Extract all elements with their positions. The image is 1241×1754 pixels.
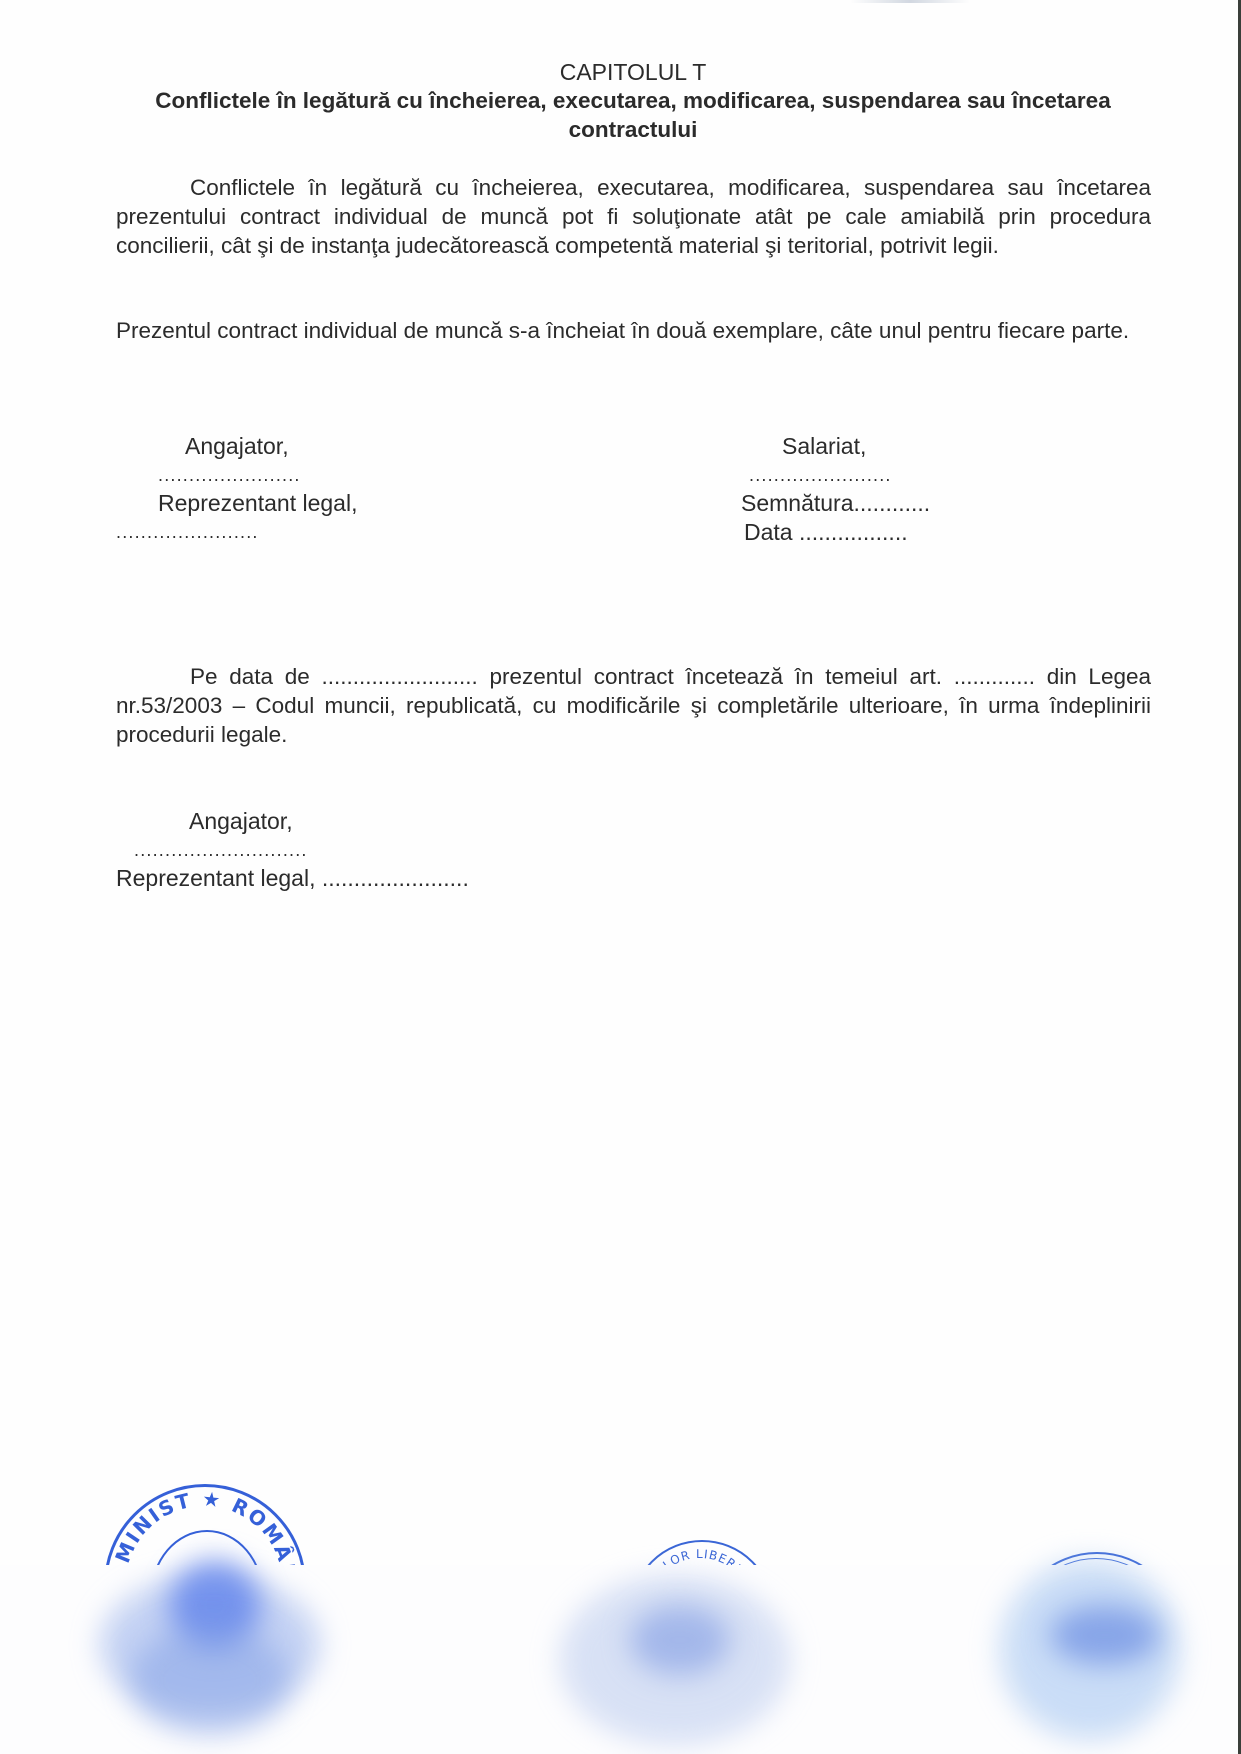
employee-date-label: Data ................. xyxy=(744,518,908,547)
employer-label: Angajator, xyxy=(185,432,289,461)
employer-rep-line: ....................... xyxy=(116,518,259,547)
employer-signature-line-2: ............................ xyxy=(134,836,308,865)
employee-label: Salariat, xyxy=(782,432,866,461)
employer-signature-line: ....................... xyxy=(158,461,301,490)
paragraph-termination: Pe data de ......................... pre… xyxy=(116,662,1151,749)
paragraph-copies: Prezentul contract individual de muncă s… xyxy=(116,316,1151,345)
paragraph-conflicts: Conflictele în legătură cu încheierea, e… xyxy=(116,173,1151,260)
employee-signature-label: Semnătura............ xyxy=(741,489,930,518)
employer-rep-label: Reprezentant legal, xyxy=(158,489,357,518)
redacted-stamp-area xyxy=(0,1565,1238,1754)
scan-artifact xyxy=(850,0,970,3)
chapter-title: CAPITOLUL T xyxy=(0,58,1241,87)
chapter-subtitle: Conflictele în legătură cu încheierea, e… xyxy=(150,86,1116,144)
employee-signature-line: ....................... xyxy=(749,461,892,490)
employer-rep-label-2: Reprezentant legal, ....................… xyxy=(116,864,469,893)
document-page: CAPITOLUL T Conflictele în legătură cu î… xyxy=(0,0,1241,1754)
employer-label-2: Angajator, xyxy=(189,807,293,836)
